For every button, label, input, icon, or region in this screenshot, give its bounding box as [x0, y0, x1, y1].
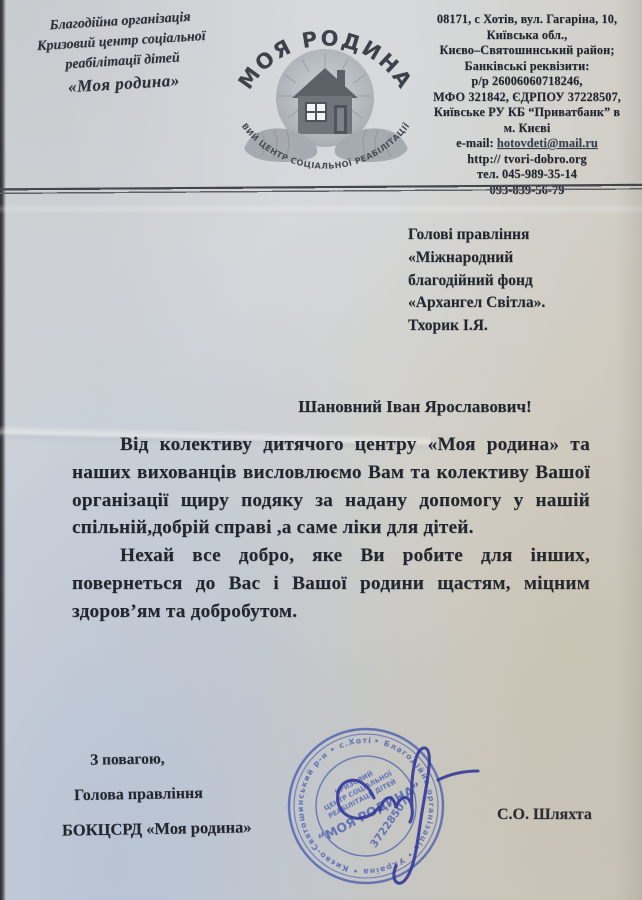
contact-phone-line: тел. 045-989-35-14 — [416, 167, 638, 183]
scanned-letter: Благодійна організація Кризовий центр со… — [0, 0, 642, 900]
scan-edge-left — [0, 0, 6, 900]
email-label: e-mail: — [456, 136, 494, 150]
email-address: hotovdeti@mail.ru — [497, 136, 598, 150]
contact-account-line: р/р 26006060718246, — [416, 74, 638, 90]
recipient-name: Тхорик І.Я. — [408, 315, 608, 338]
recipient-line: «Архангел Світла». — [408, 292, 608, 315]
org-name-block: Благодійна організація Кризовий центр со… — [16, 6, 229, 101]
signature-stroke-icon — [322, 712, 492, 900]
contact-website-line: http:// tvori-dobro.org — [416, 152, 638, 168]
contact-codes-line: МФО 321842, ЄДРПОУ 37228507, — [416, 90, 638, 106]
contact-block: 08171, с Хотів, вул. Гагаріна, 10, Київс… — [416, 12, 638, 198]
signer-role: Голова правління — [74, 785, 203, 805]
contact-bank-heading: Банківські реквізити: — [416, 59, 638, 75]
recipient-line: Голові правління — [408, 224, 608, 247]
letter-body: Від колективу дитячого центру «Моя родин… — [72, 431, 590, 626]
contact-address-line: Києво–Святошинський район; — [416, 43, 638, 59]
signer-name: С.О. Шляхта — [497, 806, 592, 824]
closing-phrase: З повагою, — [90, 750, 165, 769]
salutation: Шановний Іван Ярославович! — [220, 397, 610, 417]
body-paragraph: Від колективу дитячого центру «Моя родин… — [72, 431, 590, 542]
contact-email-line: e-mail: hotovdeti@mail.ru — [416, 136, 638, 152]
org-logo: МОЯ РОДИНА КРИЗОВИЙ ЦЕНТР СОЦІАЛЬНОЇ РЕА… — [228, 6, 424, 182]
signer-organization: БОКЦСРД «Моя родина» — [62, 817, 252, 840]
recipient-block: Голові правління «Міжнародний благодійни… — [408, 224, 608, 338]
contact-bank-line: Київське РУ КБ “Приватбанк” в — [416, 105, 638, 121]
body-paragraph: Нехай все добро, яке Ви робите для інших… — [72, 542, 590, 625]
recipient-line: благодійний фонд — [408, 270, 608, 293]
recipient-line: «Міжнародний — [408, 247, 608, 270]
contact-city-line: м. Києві — [416, 121, 638, 137]
paper-crease — [0, 204, 642, 214]
contact-address-line: 08171, с Хотів, вул. Гагаріна, 10, — [416, 12, 638, 28]
contact-address-line: Київська обл., — [416, 28, 638, 44]
logo-house-in-hands-icon: МОЯ РОДИНА КРИЗОВИЙ ЦЕНТР СОЦІАЛЬНОЇ РЕА… — [228, 6, 424, 182]
handwritten-signature — [322, 712, 492, 900]
